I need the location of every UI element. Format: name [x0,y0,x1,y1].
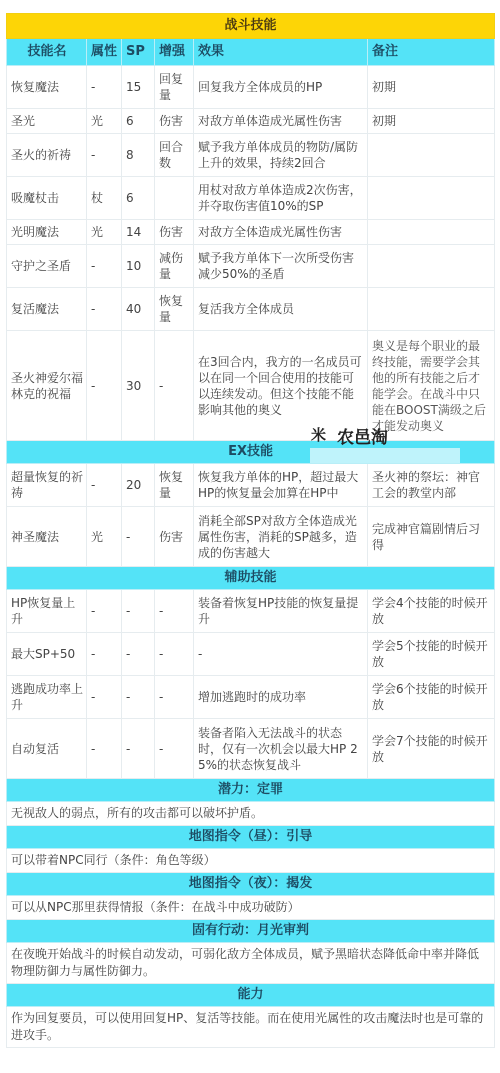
table-row: 吸魔杖击 杖 6 用杖对敌方单体造成2次伤害，并夺取伤害值10%的SP [7,177,495,220]
cell-note [368,220,495,245]
cell-effect: 增加逃跑时的成功率 [194,676,368,719]
cell-boost: 伤害 [155,507,194,567]
cell-attr: - [87,676,122,719]
cell-note: 圣火神的祭坛：神官工会的教堂内部 [368,464,495,507]
cell-attr: - [87,288,122,331]
cell-boost: 回复量 [155,66,194,109]
cell-sp: 8 [122,134,155,177]
cell-attr: - [87,464,122,507]
cell-sp: - [122,676,155,719]
cell-note [368,177,495,220]
map-command-night-title: 地图指令（夜）：揭发 [7,873,495,896]
cell-name: 自动复活 [7,719,87,779]
map-command-day-title: 地图指令（昼）：引导 [7,826,495,849]
cell-boost: - [155,590,194,633]
cell-name: 圣光 [7,109,87,134]
cell-boost: - [155,633,194,676]
cell-note [368,288,495,331]
table-row: 圣光 光 6 伤害 对敌方单体造成光属性伤害 初期 [7,109,495,134]
cell-name: 光明魔法 [7,220,87,245]
cell-attr: 光 [87,109,122,134]
cell-attr: 光 [87,220,122,245]
support-skills-title: 辅助技能 [7,567,495,590]
cell-attr: - [87,66,122,109]
cell-note: 初期 [368,66,495,109]
cell-boost: 伤害 [155,109,194,134]
unique-action-text: 在夜晚开始战斗的时候自动发动，可弱化敌方全体成员，赋予黑暗状态降低命中率并降低物… [7,943,495,984]
cell-effect: - [194,633,368,676]
table-row: 神圣魔法 光 - 伤害 消耗全部SP对敌方全体造成光属性伤害，消耗的SP越多，造… [7,507,495,567]
cell-attr: 光 [87,507,122,567]
cell-name: 圣火神爱尔福林克的祝福 [7,331,87,441]
cell-boost: - [155,331,194,441]
watermark-text: 农邑淘 [337,423,388,448]
watermark: 米 农邑淘 [311,420,475,450]
cell-attr: - [87,719,122,779]
cell-effect: 消耗全部SP对敌方全体造成光属性伤害，消耗的SP越多，造成的伤害越大 [194,507,368,567]
cell-sp: - [122,633,155,676]
skill-table: 战斗技能 技能名 属性 SP 增强 效果 备注 恢复魔法 - 15 回复量 回复… [6,13,495,1048]
cell-effect: 用杖对敌方单体造成2次伤害，并夺取伤害值10%的SP [194,177,368,220]
cell-boost: 恢复量 [155,288,194,331]
cell-effect: 装备着恢复HP技能的恢复量提升 [194,590,368,633]
table-row: 恢复魔法 - 15 回复量 回复我方全体成员的HP 初期 [7,66,495,109]
cell-effect: 装备者陷入无法战斗的状态时，仅有一次机会以最大HP 25%的状态恢复战斗 [194,719,368,779]
cell-sp: 40 [122,288,155,331]
cell-effect: 对敌方全体造成光属性伤害 [194,220,368,245]
cell-attr: - [87,633,122,676]
cell-boost: - [155,676,194,719]
cell-name: 最大SP+50 [7,633,87,676]
table-row: 守护之圣盾 - 10 减伤量 赋予我方单体下一次所受伤害减少50%的圣盾 [7,245,495,288]
cell-note: 学会7个技能的时候开放 [368,719,495,779]
cell-sp: 30 [122,331,155,441]
potential-text: 无视敌人的弱点，所有的攻击都可以破坏护盾。 [7,802,495,826]
unique-action-title: 固有行动：月光审判 [7,920,495,943]
cell-effect: 复活我方全体成员 [194,288,368,331]
cell-sp: 10 [122,245,155,288]
ability-text: 作为回复要员，可以使用回复HP、复活等技能。而在使用光属性的攻击魔法时也是可靠的… [7,1007,495,1048]
cell-effect: 回复我方全体成员的HP [194,66,368,109]
table-row: 超量恢复的祈祷 - 20 恢复量 恢复我方单体的HP，超过最大HP的恢复量会加算… [7,464,495,507]
cell-note: 初期 [368,109,495,134]
cell-name: 圣火的祈祷 [7,134,87,177]
cell-sp: - [122,719,155,779]
table-row: 逃跑成功率上升 - - - 增加逃跑时的成功率 学会6个技能的时候开放 [7,676,495,719]
cell-name: 神圣魔法 [7,507,87,567]
cell-attr: 杖 [87,177,122,220]
cell-attr: - [87,590,122,633]
cell-note: 学会5个技能的时候开放 [368,633,495,676]
table-row: 光明魔法 光 14 伤害 对敌方全体造成光属性伤害 [7,220,495,245]
header-sp: SP [122,39,155,66]
cell-boost: - [155,719,194,779]
cell-sp: 6 [122,177,155,220]
cell-note: 学会6个技能的时候开放 [368,676,495,719]
cell-note: 学会4个技能的时候开放 [368,590,495,633]
cell-name: 恢复魔法 [7,66,87,109]
cell-sp: 14 [122,220,155,245]
cell-boost: 减伤量 [155,245,194,288]
table-header: 技能名 属性 SP 增强 效果 备注 [7,39,495,66]
cell-note: 完成神官篇剧情后习得 [368,507,495,567]
skill-document: 战斗技能 技能名 属性 SP 增强 效果 备注 恢复魔法 - 15 回复量 回复… [6,13,494,1048]
cell-effect: 对敌方单体造成光属性伤害 [194,109,368,134]
cell-boost: 伤害 [155,220,194,245]
cell-boost: 回合数 [155,134,194,177]
cell-name: 复活魔法 [7,288,87,331]
cell-name: HP恢复量上升 [7,590,87,633]
header-name: 技能名 [7,39,87,66]
header-effect: 效果 [194,39,368,66]
cell-note [368,245,495,288]
map-command-day-text: 可以带着NPC同行（条件：角色等级） [7,849,495,873]
header-attr: 属性 [87,39,122,66]
header-boost: 增强 [155,39,194,66]
table-row: HP恢复量上升 - - - 装备着恢复HP技能的恢复量提升 学会4个技能的时候开… [7,590,495,633]
cell-sp: 15 [122,66,155,109]
cell-effect: 赋予我方单体下一次所受伤害减少50%的圣盾 [194,245,368,288]
table-row: 最大SP+50 - - - - 学会5个技能的时候开放 [7,633,495,676]
map-command-night-text: 可以从NPC那里获得情报（条件：在战斗中成功破防） [7,896,495,920]
watermark-band [310,448,460,463]
combat-skills-title: 战斗技能 [7,14,495,39]
watermark-logo-icon: 米 [311,430,333,441]
ability-title: 能力 [7,984,495,1007]
cell-effect: 赋予我方单体成员的物防/属防上升的效果，持续2回合 [194,134,368,177]
table-row: 复活魔法 - 40 恢复量 复活我方全体成员 [7,288,495,331]
potential-title: 潜力：定罪 [7,779,495,802]
cell-attr: - [87,134,122,177]
cell-note [368,134,495,177]
table-row: 圣火的祈祷 - 8 回合数 赋予我方单体成员的物防/属防上升的效果，持续2回合 [7,134,495,177]
cell-sp: 20 [122,464,155,507]
table-row: 自动复活 - - - 装备者陷入无法战斗的状态时，仅有一次机会以最大HP 25%… [7,719,495,779]
cell-name: 逃跑成功率上升 [7,676,87,719]
cell-boost [155,177,194,220]
header-note: 备注 [368,39,495,66]
cell-attr: - [87,245,122,288]
cell-name: 守护之圣盾 [7,245,87,288]
cell-boost: 恢复量 [155,464,194,507]
cell-sp: 6 [122,109,155,134]
cell-sp: - [122,590,155,633]
cell-effect: 恢复我方单体的HP，超过最大HP的恢复量会加算在HP中 [194,464,368,507]
cell-name: 超量恢复的祈祷 [7,464,87,507]
cell-attr: - [87,331,122,441]
cell-name: 吸魔杖击 [7,177,87,220]
cell-sp: - [122,507,155,567]
